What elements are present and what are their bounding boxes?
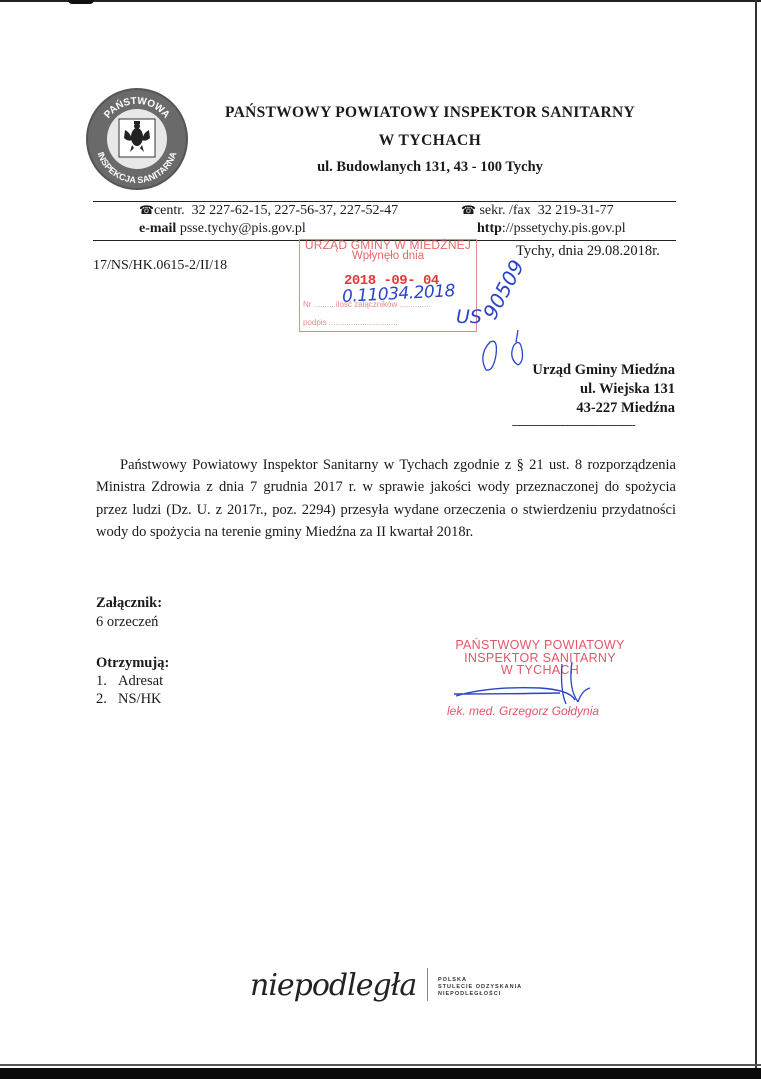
attachment-value: 6 orzeczeń [96, 614, 158, 631]
fax-phone: ☎ sekr. /fax 32 219-31-77 [461, 203, 614, 219]
recipient-dashed-line: ----------------------------------------… [512, 420, 676, 431]
email-link[interactable]: psse.tychy@pis.gov.pl [180, 221, 306, 236]
header-rule-top [93, 201, 676, 202]
recipient-name: Urząd Gminy Miedźna [470, 361, 675, 380]
recipients-list: 1.Adresat 2.NS/HK [96, 672, 163, 708]
scanned-letter-page: PAŃSTWOWA INSPEKCJA SANITARNA PAŃSTWOWY … [0, 0, 761, 1079]
central-phone: ☎centr. 32 227-62-15, 227-56-37, 227-52-… [139, 203, 398, 219]
scan-top-edge [0, 0, 761, 2]
attachment-label: Załącznik: [96, 595, 162, 612]
scan-bottom-line [0, 1064, 761, 1066]
sanitary-inspection-emblem-icon: PAŃSTWOWA INSPEKCJA SANITARNA [84, 86, 190, 192]
footer-niepodlegla-logo: niepodległa [250, 968, 416, 1003]
recipient-street: ul. Wiejska 131 [470, 380, 675, 399]
signatory-name: lek. med. Grzegorz Gołdynia [447, 704, 599, 718]
phone-icon: ☎ [139, 203, 154, 217]
stamp-signature-line: podpis ............................... [303, 318, 398, 327]
letter-body: Państwowy Powiatowy Inspektor Sanitarny … [96, 454, 676, 544]
recipients-label: Otrzymują: [96, 655, 169, 672]
scan-bottom-edge [0, 1068, 761, 1079]
recipient-city: 43-227 Miedźna [470, 399, 675, 418]
scan-right-edge [755, 0, 757, 1079]
phone-icon: ☎ [461, 203, 476, 217]
email-line: e-mail psse.tychy@pis.gov.pl [139, 221, 306, 237]
handwritten-signature [450, 660, 600, 710]
reference-number: 17/NS/HK.0615-2/II/18 [93, 258, 227, 274]
institution-title: PAŃSTWOWY POWIATOWY INSPEKTOR SANITARNY [200, 104, 660, 122]
institution-city: W TYCHACH [200, 132, 660, 150]
footer-centenary-text: POLSKA STULECIE ODZYSKANIA NIEPODLEGŁOŚC… [438, 977, 522, 998]
recipient-address: Urząd Gminy Miedźna ul. Wiejska 131 43-2… [470, 361, 675, 418]
footer-separator [427, 968, 428, 1001]
website-link[interactable]: http://pssetychy.pis.gov.pl [477, 221, 626, 237]
list-item: 1.Adresat [96, 672, 163, 690]
list-item: 2.NS/HK [96, 690, 163, 708]
scan-smudge [68, 0, 94, 4]
place-date: Tychy, dnia 29.08.2018r. [516, 243, 660, 260]
institution-address: ul. Budowlanych 131, 43 - 100 Tychy [200, 159, 660, 176]
stamp-received-label: Wpłynęło dnia [300, 250, 476, 262]
